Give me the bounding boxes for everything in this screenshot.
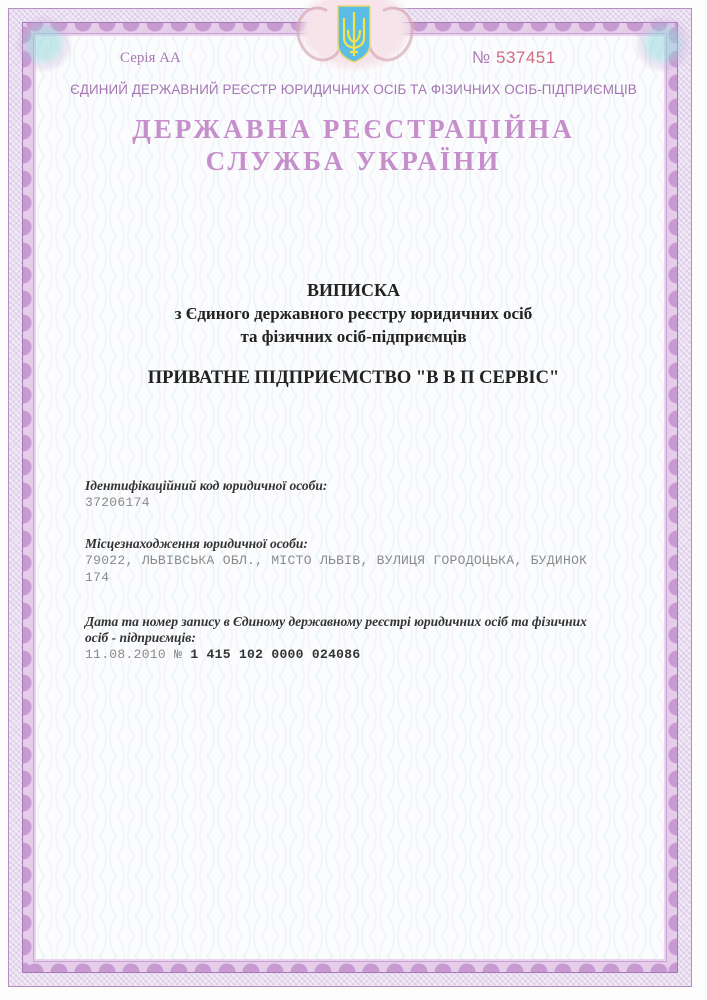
field-value-line-1: 79022, ЛЬВІВСЬКА ОБЛ., МІСТО ЛЬВІВ, ВУЛИ… (85, 552, 625, 569)
emblem (295, 0, 415, 72)
number-sign: № (472, 48, 491, 67)
number-sign: № (174, 647, 182, 662)
field-label: Місцезнаходження юридичної особи: (85, 536, 625, 552)
authority-line-2: СЛУЖБА УКРАЇНИ (0, 145, 707, 177)
field-value: 37206174 (85, 494, 625, 511)
field-value-line-2: 174 (85, 569, 625, 586)
registry-name: ЄДИНИЙ ДЕРЖАВНИЙ РЕЄСТР ЮРИДИЧНИХ ОСІБ Т… (0, 82, 707, 97)
form-number: № 537451 (472, 48, 556, 68)
document-title: ВИПИСКА (0, 279, 707, 302)
serial-number: 537451 (496, 48, 556, 67)
field-address: Місцезнаходження юридичної особи: 79022,… (85, 536, 625, 586)
registration-date: 11.08.2010 (85, 647, 166, 662)
corner-rosette-icon (14, 14, 74, 74)
field-label: Ідентифікаційний код юридичної особи: (85, 478, 625, 494)
issuing-authority: ДЕРЖАВНА РЕЄСТРАЦІЙНА СЛУЖБА УКРАЇНИ (0, 113, 707, 177)
field-registration-record: Дата та номер запису в Єдиному державном… (85, 614, 625, 663)
corner-rosette-icon (633, 14, 693, 74)
document-subtitle-line-1: з Єдиного державного реєстру юридичних о… (0, 302, 707, 325)
field-label-line-2: осіб - підприємців: (85, 630, 625, 646)
field-label-line-1: Дата та номер запису в Єдиному державном… (85, 614, 625, 630)
company-name: ПРИВАТНЕ ПІДПРИЄМСТВО "В В П СЕРВІС" (0, 368, 707, 389)
document-heading: ВИПИСКА з Єдиного державного реєстру юри… (0, 279, 707, 348)
document-subtitle-line-2: та фізичних осіб-підприємців (0, 325, 707, 348)
document-page: Серія АА № 537451 ЄДИНИЙ ДЕРЖАВНИЙ РЕЄСТ… (0, 0, 707, 1000)
record-number: 1 415 102 0000 024086 (190, 647, 360, 662)
coat-of-arms-trident-icon (336, 4, 372, 64)
series-label: Серія АА (120, 50, 181, 67)
field-value: 11.08.2010 № 1 415 102 0000 024086 (85, 646, 625, 663)
field-identification-code: Ідентифікаційний код юридичної особи: 37… (85, 478, 625, 511)
authority-line-1: ДЕРЖАВНА РЕЄСТРАЦІЙНА (0, 113, 707, 145)
